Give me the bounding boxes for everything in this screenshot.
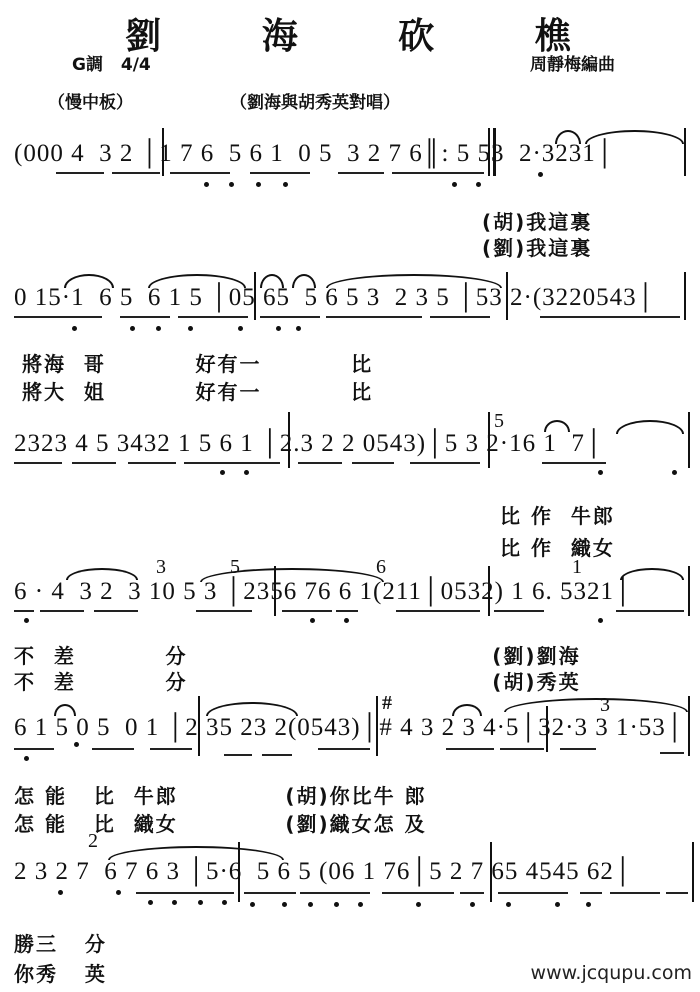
underline bbox=[120, 316, 170, 318]
tempo-marking: （慢中板） bbox=[48, 88, 133, 113]
underline bbox=[40, 610, 84, 612]
underline bbox=[262, 754, 292, 756]
low-octave-dot bbox=[198, 900, 203, 905]
low-octave-dot bbox=[24, 618, 29, 623]
slur bbox=[148, 274, 246, 288]
key-label: G調 bbox=[72, 55, 103, 75]
low-octave-dot bbox=[58, 890, 63, 895]
sharp-sign: # bbox=[382, 692, 392, 715]
slur bbox=[108, 846, 284, 860]
low-octave-dot bbox=[116, 890, 121, 895]
low-octave-dot bbox=[74, 742, 79, 747]
slur bbox=[200, 568, 384, 582]
underline bbox=[580, 892, 602, 894]
underline bbox=[300, 892, 370, 894]
underline bbox=[542, 462, 606, 464]
underline bbox=[184, 462, 280, 464]
barline bbox=[692, 842, 694, 902]
composer: 周靜梅編曲 bbox=[530, 50, 615, 75]
low-octave-dot bbox=[282, 902, 287, 907]
barline bbox=[688, 412, 690, 468]
grace-note: 6 bbox=[376, 556, 386, 579]
time-signature: 4/4 bbox=[121, 55, 151, 75]
low-octave-dot bbox=[296, 326, 301, 331]
low-octave-dot bbox=[220, 470, 225, 475]
grace-note: 2 bbox=[88, 830, 98, 853]
underline bbox=[338, 172, 384, 174]
system-5: 6 1 5 0 5 0 1 │2 35 23 2(0543)│# 4 3 2 3… bbox=[0, 690, 700, 830]
underline bbox=[540, 316, 680, 318]
underline bbox=[92, 748, 134, 750]
lyric-line-2: 將大 姐 好有一 比 bbox=[22, 376, 373, 405]
lyric-line-1: 不 差 分 (劉)劉海 bbox=[14, 640, 581, 669]
grace-note: 1 bbox=[572, 556, 582, 579]
notation-line: 2323 4 5 3432 1 5 6 1 │2.3 2 2 0543)│5 3… bbox=[14, 430, 604, 458]
lyric-line-hu: (胡)我這裏 bbox=[482, 206, 592, 235]
barline bbox=[490, 842, 492, 902]
underline bbox=[14, 748, 54, 750]
slur bbox=[620, 568, 684, 580]
underline bbox=[196, 610, 252, 612]
underline bbox=[498, 892, 568, 894]
slur bbox=[206, 702, 298, 716]
slur bbox=[66, 568, 138, 580]
underline bbox=[298, 462, 342, 464]
slur bbox=[54, 704, 76, 716]
low-octave-dot bbox=[598, 470, 603, 475]
notation-line: 6 · 4 3 2 3 10 5 3 │2356 76 6 1(211│0532… bbox=[14, 578, 633, 606]
low-octave-dot bbox=[276, 326, 281, 331]
low-octave-dot bbox=[256, 182, 261, 187]
underline bbox=[446, 748, 494, 750]
grace-note: 5 bbox=[494, 410, 504, 433]
underline bbox=[666, 892, 688, 894]
underline bbox=[396, 610, 480, 612]
barline bbox=[488, 412, 490, 468]
slur bbox=[544, 420, 570, 432]
lyric-line-1: 比 作 牛郎 bbox=[500, 500, 615, 529]
lyric-line-liu: (劉)我這裏 bbox=[482, 232, 592, 261]
underline bbox=[318, 748, 370, 750]
underline bbox=[56, 172, 104, 174]
lyric-line-2: 怎 能 比 織女 (劉)織女怎 及 bbox=[14, 808, 427, 837]
low-octave-dot bbox=[586, 902, 591, 907]
barline bbox=[688, 566, 690, 616]
notation-line: (000 4 3 2 │1 7 6 5 6 1 0 5 3 2 7 6║: 5 … bbox=[14, 140, 614, 168]
underline bbox=[14, 462, 62, 464]
low-octave-dot bbox=[334, 902, 339, 907]
low-octave-dot bbox=[598, 618, 603, 623]
low-octave-dot bbox=[130, 326, 135, 331]
system-3: 2323 4 5 3432 1 5 6 1 │2.3 2 2 0543)│5 3… bbox=[0, 408, 700, 558]
lyric-line-1: 勝三 分 bbox=[14, 928, 107, 957]
underline bbox=[72, 462, 116, 464]
slur bbox=[452, 704, 482, 716]
underline bbox=[170, 172, 230, 174]
underline bbox=[112, 172, 160, 174]
system-1: (000 4 3 2 │1 7 6 5 6 1 0 5 3 2 7 6║: 5 … bbox=[0, 128, 700, 268]
barline bbox=[162, 128, 164, 176]
barline bbox=[688, 696, 690, 756]
system-2: 0 15·1 6 5 6 1 5 │05 65 5 6 5 3 2 3 5 │5… bbox=[0, 272, 700, 412]
underline bbox=[136, 892, 234, 894]
low-octave-dot bbox=[308, 902, 313, 907]
lyric-line-1: 將海 哥 好有一 比 bbox=[22, 348, 373, 377]
low-octave-dot bbox=[358, 902, 363, 907]
underline bbox=[94, 610, 138, 612]
slur bbox=[585, 130, 684, 144]
underline bbox=[430, 316, 490, 318]
underline bbox=[392, 172, 484, 174]
low-octave-dot bbox=[148, 900, 153, 905]
slur bbox=[504, 698, 688, 712]
underline bbox=[560, 748, 596, 750]
underline bbox=[382, 892, 454, 894]
low-octave-dot bbox=[188, 326, 193, 331]
slur bbox=[260, 274, 284, 288]
barline bbox=[288, 412, 290, 468]
low-octave-dot bbox=[156, 326, 161, 331]
low-octave-dot bbox=[416, 902, 421, 907]
low-octave-dot bbox=[229, 182, 234, 187]
underline bbox=[150, 748, 192, 750]
low-octave-dot bbox=[470, 902, 475, 907]
notation-line: 2 3 2 7 6 7 6 3 │5·6 5 6 5 (06 1 76│5 2 … bbox=[14, 858, 633, 886]
lyric-line-1: 怎 能 比 牛郎 (胡)你比牛 郎 bbox=[14, 780, 427, 809]
watermark: www.jcqupu.com bbox=[531, 962, 692, 984]
barline bbox=[254, 272, 256, 320]
underline bbox=[14, 316, 102, 318]
barline bbox=[376, 696, 378, 756]
low-octave-dot bbox=[172, 900, 177, 905]
barline bbox=[684, 272, 686, 320]
low-octave-dot bbox=[244, 470, 249, 475]
low-octave-dot bbox=[250, 902, 255, 907]
low-octave-dot bbox=[506, 902, 511, 907]
low-octave-dot bbox=[72, 326, 77, 331]
low-octave-dot bbox=[555, 902, 560, 907]
notation-line: 6 1 5 0 5 0 1 │2 35 23 2(0543)│# 4 3 2 3… bbox=[14, 714, 684, 742]
underline bbox=[244, 892, 296, 894]
underline bbox=[460, 892, 484, 894]
slur bbox=[326, 274, 502, 288]
low-octave-dot bbox=[222, 900, 227, 905]
underline bbox=[224, 754, 252, 756]
low-octave-dot bbox=[476, 182, 481, 187]
underline bbox=[128, 462, 176, 464]
slur bbox=[64, 274, 114, 288]
barline bbox=[684, 128, 686, 176]
underline bbox=[336, 610, 358, 612]
notation-line: 0 15·1 6 5 6 1 5 │05 65 5 6 5 3 2 3 5 │5… bbox=[14, 284, 655, 312]
underline bbox=[14, 610, 34, 612]
system-4: 6 · 4 3 2 3 10 5 3 │2356 76 6 1(211│0532… bbox=[0, 556, 700, 696]
low-octave-dot bbox=[452, 182, 457, 187]
lyric-line-2: 你秀 英 bbox=[14, 958, 107, 987]
underline bbox=[260, 316, 320, 318]
underline bbox=[282, 610, 332, 612]
performance-note: （劉海與胡秀英對唱） bbox=[230, 88, 400, 113]
underline bbox=[410, 462, 480, 464]
barline bbox=[506, 272, 508, 320]
low-octave-dot bbox=[672, 470, 677, 475]
barline bbox=[493, 128, 496, 176]
slur bbox=[292, 274, 316, 288]
underline bbox=[660, 752, 684, 754]
low-octave-dot bbox=[538, 172, 543, 177]
low-octave-dot bbox=[204, 182, 209, 187]
underline bbox=[610, 892, 660, 894]
barline bbox=[546, 706, 548, 752]
low-octave-dot bbox=[238, 326, 243, 331]
underline bbox=[178, 316, 248, 318]
slur bbox=[555, 130, 581, 144]
grace-note: 3 bbox=[156, 556, 166, 579]
underline bbox=[250, 172, 310, 174]
low-octave-dot bbox=[310, 618, 315, 623]
low-octave-dot bbox=[283, 182, 288, 187]
barline bbox=[488, 566, 490, 616]
key-signature: G調 4/4 bbox=[72, 50, 151, 75]
underline bbox=[326, 316, 422, 318]
barline bbox=[488, 128, 490, 176]
slur bbox=[616, 420, 684, 434]
underline bbox=[500, 748, 544, 750]
underline bbox=[494, 610, 544, 612]
low-octave-dot bbox=[24, 756, 29, 761]
low-octave-dot bbox=[344, 618, 349, 623]
barline bbox=[198, 696, 200, 756]
underline bbox=[352, 462, 394, 464]
underline bbox=[616, 610, 684, 612]
